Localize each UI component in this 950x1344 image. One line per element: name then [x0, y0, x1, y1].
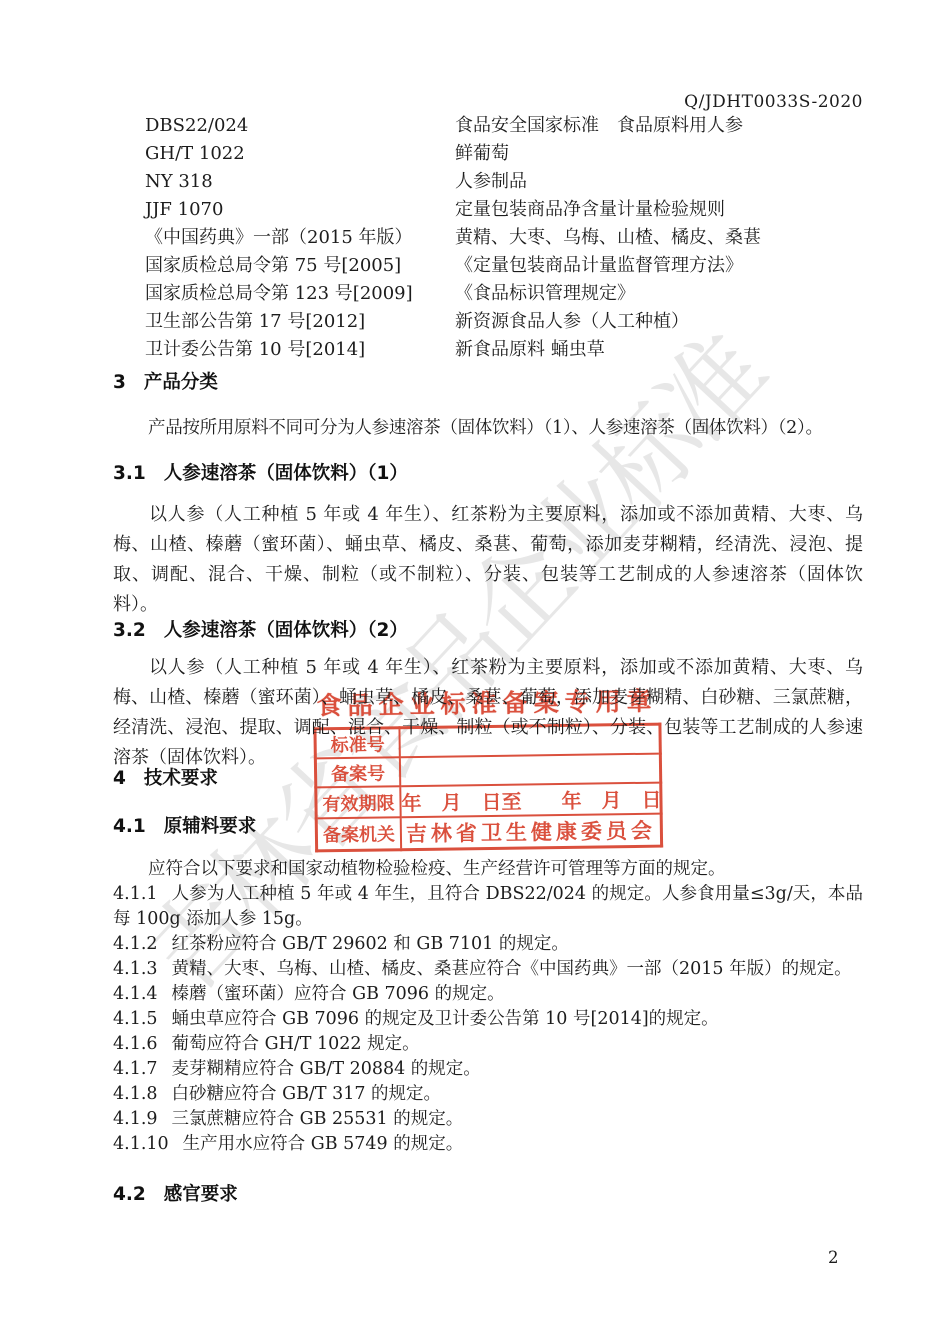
- reference-code: JJF 1070: [145, 196, 455, 224]
- section-3-2-paragraph: 以人参（人工种植 5 年或 4 年生）、红茶粉为主要原料，添加或不添加黄精、大枣…: [113, 653, 863, 773]
- section-title: 人参速溶茶（固体饮料）（2）: [164, 620, 408, 641]
- section-3-heading: 3产品分类: [113, 368, 218, 394]
- section-3-2-heading: 3.2人参速溶茶（固体饮料）（2）: [113, 616, 408, 642]
- section-4-1-heading: 4.1原辅料要求: [113, 812, 256, 838]
- reference-title: 新资源食品人参（人工种植）: [455, 308, 862, 336]
- reference-title: 食品安全国家标准 食品原料用人参: [455, 112, 862, 140]
- requirement-item: 4.1.1人参为人工种植 5 年或 4 年生，且符合 DBS22/024 的规定…: [113, 882, 863, 932]
- requirement-item: 4.1.9三氯蔗糖应符合 GB 25531 的规定。: [113, 1107, 863, 1132]
- reference-row: DBS22/024 食品安全国家标准 食品原料用人参: [145, 112, 862, 140]
- section-number: 3.1: [113, 463, 146, 484]
- reference-code: 国家质检总局令第 123 号[2009]: [145, 280, 455, 308]
- section-number: 4.2: [113, 1184, 146, 1205]
- page-number: 2: [828, 1248, 839, 1267]
- requirement-number: 4.1.3: [113, 959, 158, 979]
- reference-row: 《中国药典》一部（2015 年版） 黄精、大枣、乌梅、山楂、橘皮、桑葚: [145, 224, 862, 252]
- reference-row: 国家质检总局令第 75 号[2005] 《定量包装商品计量监督管理方法》: [145, 252, 862, 280]
- requirement-text: 白砂糖应符合 GB/T 317 的规定。: [172, 1084, 442, 1104]
- requirement-item: 4.1.4榛蘑（蜜环菌）应符合 GB 7096 的规定。: [113, 982, 863, 1007]
- section-4-1-intro: 应符合以下要求和国家动植物检验检疫、生产经营许可管理等方面的规定。: [113, 857, 863, 882]
- stamp-row: 有效期限 年 月 日至 年 月 日: [316, 783, 661, 819]
- requirement-item: 4.1.5蛹虫草应符合 GB 7096 的规定及卫计委公告第 10 号[2014…: [113, 1007, 863, 1032]
- stamp-row-value: 吉林省卫生健康委员会: [401, 814, 662, 850]
- reference-code: 卫计委公告第 10 号[2014]: [145, 336, 455, 364]
- stamp-row-value: 年 月 日至 年 月 日: [400, 783, 661, 818]
- requirement-number: 4.1.5: [113, 1009, 158, 1029]
- requirement-number: 4.1.1: [113, 884, 158, 904]
- stamp-row-label: 备案机关: [316, 817, 401, 851]
- reference-code: NY 318: [145, 168, 455, 196]
- section-title: 感官要求: [164, 1184, 238, 1205]
- requirement-item: 4.1.3黄精、大枣、乌梅、山楂、橘皮、桑葚应符合《中国药典》一部（2015 年…: [113, 957, 863, 982]
- section-4-2-heading: 4.2感官要求: [113, 1180, 238, 1206]
- requirement-text: 葡萄应符合 GH/T 1022 规定。: [172, 1034, 420, 1054]
- section-title: 技术要求: [144, 768, 218, 789]
- reference-row: 卫计委公告第 10 号[2014] 新食品原料 蛹虫草: [145, 336, 862, 364]
- requirement-item: 4.1.8白砂糖应符合 GB/T 317 的规定。: [113, 1082, 863, 1107]
- section-number: 3.2: [113, 620, 146, 641]
- requirement-number: 4.1.9: [113, 1109, 158, 1129]
- reference-title: 定量包装商品净含量计量检验规则: [455, 196, 862, 224]
- requirement-number: 4.1.2: [113, 934, 158, 954]
- reference-code: 卫生部公告第 17 号[2012]: [145, 308, 455, 336]
- requirement-number: 4.1.10: [113, 1134, 169, 1154]
- reference-title: 《定量包装商品计量监督管理方法》: [455, 252, 862, 280]
- references-list: DBS22/024 食品安全国家标准 食品原料用人参 GH/T 1022 鲜葡萄…: [145, 112, 862, 364]
- requirement-number: 4.1.8: [113, 1084, 158, 1104]
- requirement-item: 4.1.6葡萄应符合 GH/T 1022 规定。: [113, 1032, 863, 1057]
- section-3-paragraph: 产品按所用原料不同可分为人参速溶茶（固体饮料）（1）、人参速溶茶（固体饮料）（2…: [113, 413, 863, 443]
- reference-row: GH/T 1022 鲜葡萄: [145, 140, 862, 168]
- section-title: 人参速溶茶（固体饮料）（1）: [164, 463, 408, 484]
- requirement-item: 4.1.10生产用水应符合 GB 5749 的规定。: [113, 1132, 863, 1157]
- section-number: 3: [113, 372, 126, 393]
- reference-code: 《中国药典》一部（2015 年版）: [145, 224, 455, 252]
- section-title: 原辅料要求: [164, 816, 257, 837]
- stamp-row: 备案机关 吉林省卫生健康委员会: [316, 814, 661, 851]
- requirement-number: 4.1.4: [113, 984, 158, 1004]
- reference-code: GH/T 1022: [145, 140, 455, 168]
- requirement-text: 蛹虫草应符合 GB 7096 的规定及卫计委公告第 10 号[2014]的规定。: [172, 1009, 719, 1029]
- reference-row: 卫生部公告第 17 号[2012] 新资源食品人参（人工种植）: [145, 308, 862, 336]
- requirement-item: 4.1.7麦芽糊精应符合 GB/T 20884 的规定。: [113, 1057, 863, 1082]
- section-4-1-block: 应符合以下要求和国家动植物检验检疫、生产经营许可管理等方面的规定。 4.1.1人…: [113, 857, 863, 1157]
- reference-title: 《食品标识管理规定》: [455, 280, 862, 308]
- reference-row: NY 318 人参制品: [145, 168, 862, 196]
- reference-code: DBS22/024: [145, 112, 455, 140]
- requirement-text: 黄精、大枣、乌梅、山楂、橘皮、桑葚应符合《中国药典》一部（2015 年版）的规定…: [172, 959, 852, 979]
- reference-title: 人参制品: [455, 168, 862, 196]
- reference-title: 新食品原料 蛹虫草: [455, 336, 862, 364]
- requirement-text: 三氯蔗糖应符合 GB 25531 的规定。: [172, 1109, 464, 1129]
- requirement-text: 人参为人工种植 5 年或 4 年生，且符合 DBS22/024 的规定。人参食用…: [113, 884, 863, 929]
- section-3-1-paragraph: 以人参（人工种植 5 年或 4 年生）、红茶粉为主要原料，添加或不添加黄精、大枣…: [113, 500, 863, 620]
- reference-row: 国家质检总局令第 123 号[2009] 《食品标识管理规定》: [145, 280, 862, 308]
- reference-title: 黄精、大枣、乌梅、山楂、橘皮、桑葚: [455, 224, 862, 252]
- requirement-text: 榛蘑（蜜环菌）应符合 GB 7096 的规定。: [172, 984, 505, 1004]
- stamp-row-label: 有效期限: [316, 786, 401, 818]
- requirement-text: 生产用水应符合 GB 5749 的规定。: [183, 1134, 464, 1154]
- doc-number: Q/JDHT0033S-2020: [113, 92, 863, 112]
- requirement-text: 红茶粉应符合 GB/T 29602 和 GB 7101 的规定。: [172, 934, 569, 954]
- requirement-number: 4.1.7: [113, 1059, 158, 1079]
- section-3-1-heading: 3.1人参速溶茶（固体饮料）（1）: [113, 459, 408, 485]
- section-number: 4.1: [113, 816, 146, 837]
- requirement-text: 麦芽糊精应符合 GB/T 20884 的规定。: [172, 1059, 481, 1079]
- section-number: 4: [113, 768, 126, 789]
- reference-code: 国家质检总局令第 75 号[2005]: [145, 252, 455, 280]
- document-page: 吉林省食品企业标准 食品企业标准备案专用章 标准号 备案号 有效期限 年 月 日…: [0, 0, 950, 1344]
- requirement-number: 4.1.6: [113, 1034, 158, 1054]
- reference-row: JJF 1070 定量包装商品净含量计量检验规则: [145, 196, 862, 224]
- section-title: 产品分类: [144, 372, 218, 393]
- section-4-heading: 4技术要求: [113, 764, 218, 790]
- requirement-item: 4.1.2红茶粉应符合 GB/T 29602 和 GB 7101 的规定。: [113, 932, 863, 957]
- reference-title: 鲜葡萄: [455, 140, 862, 168]
